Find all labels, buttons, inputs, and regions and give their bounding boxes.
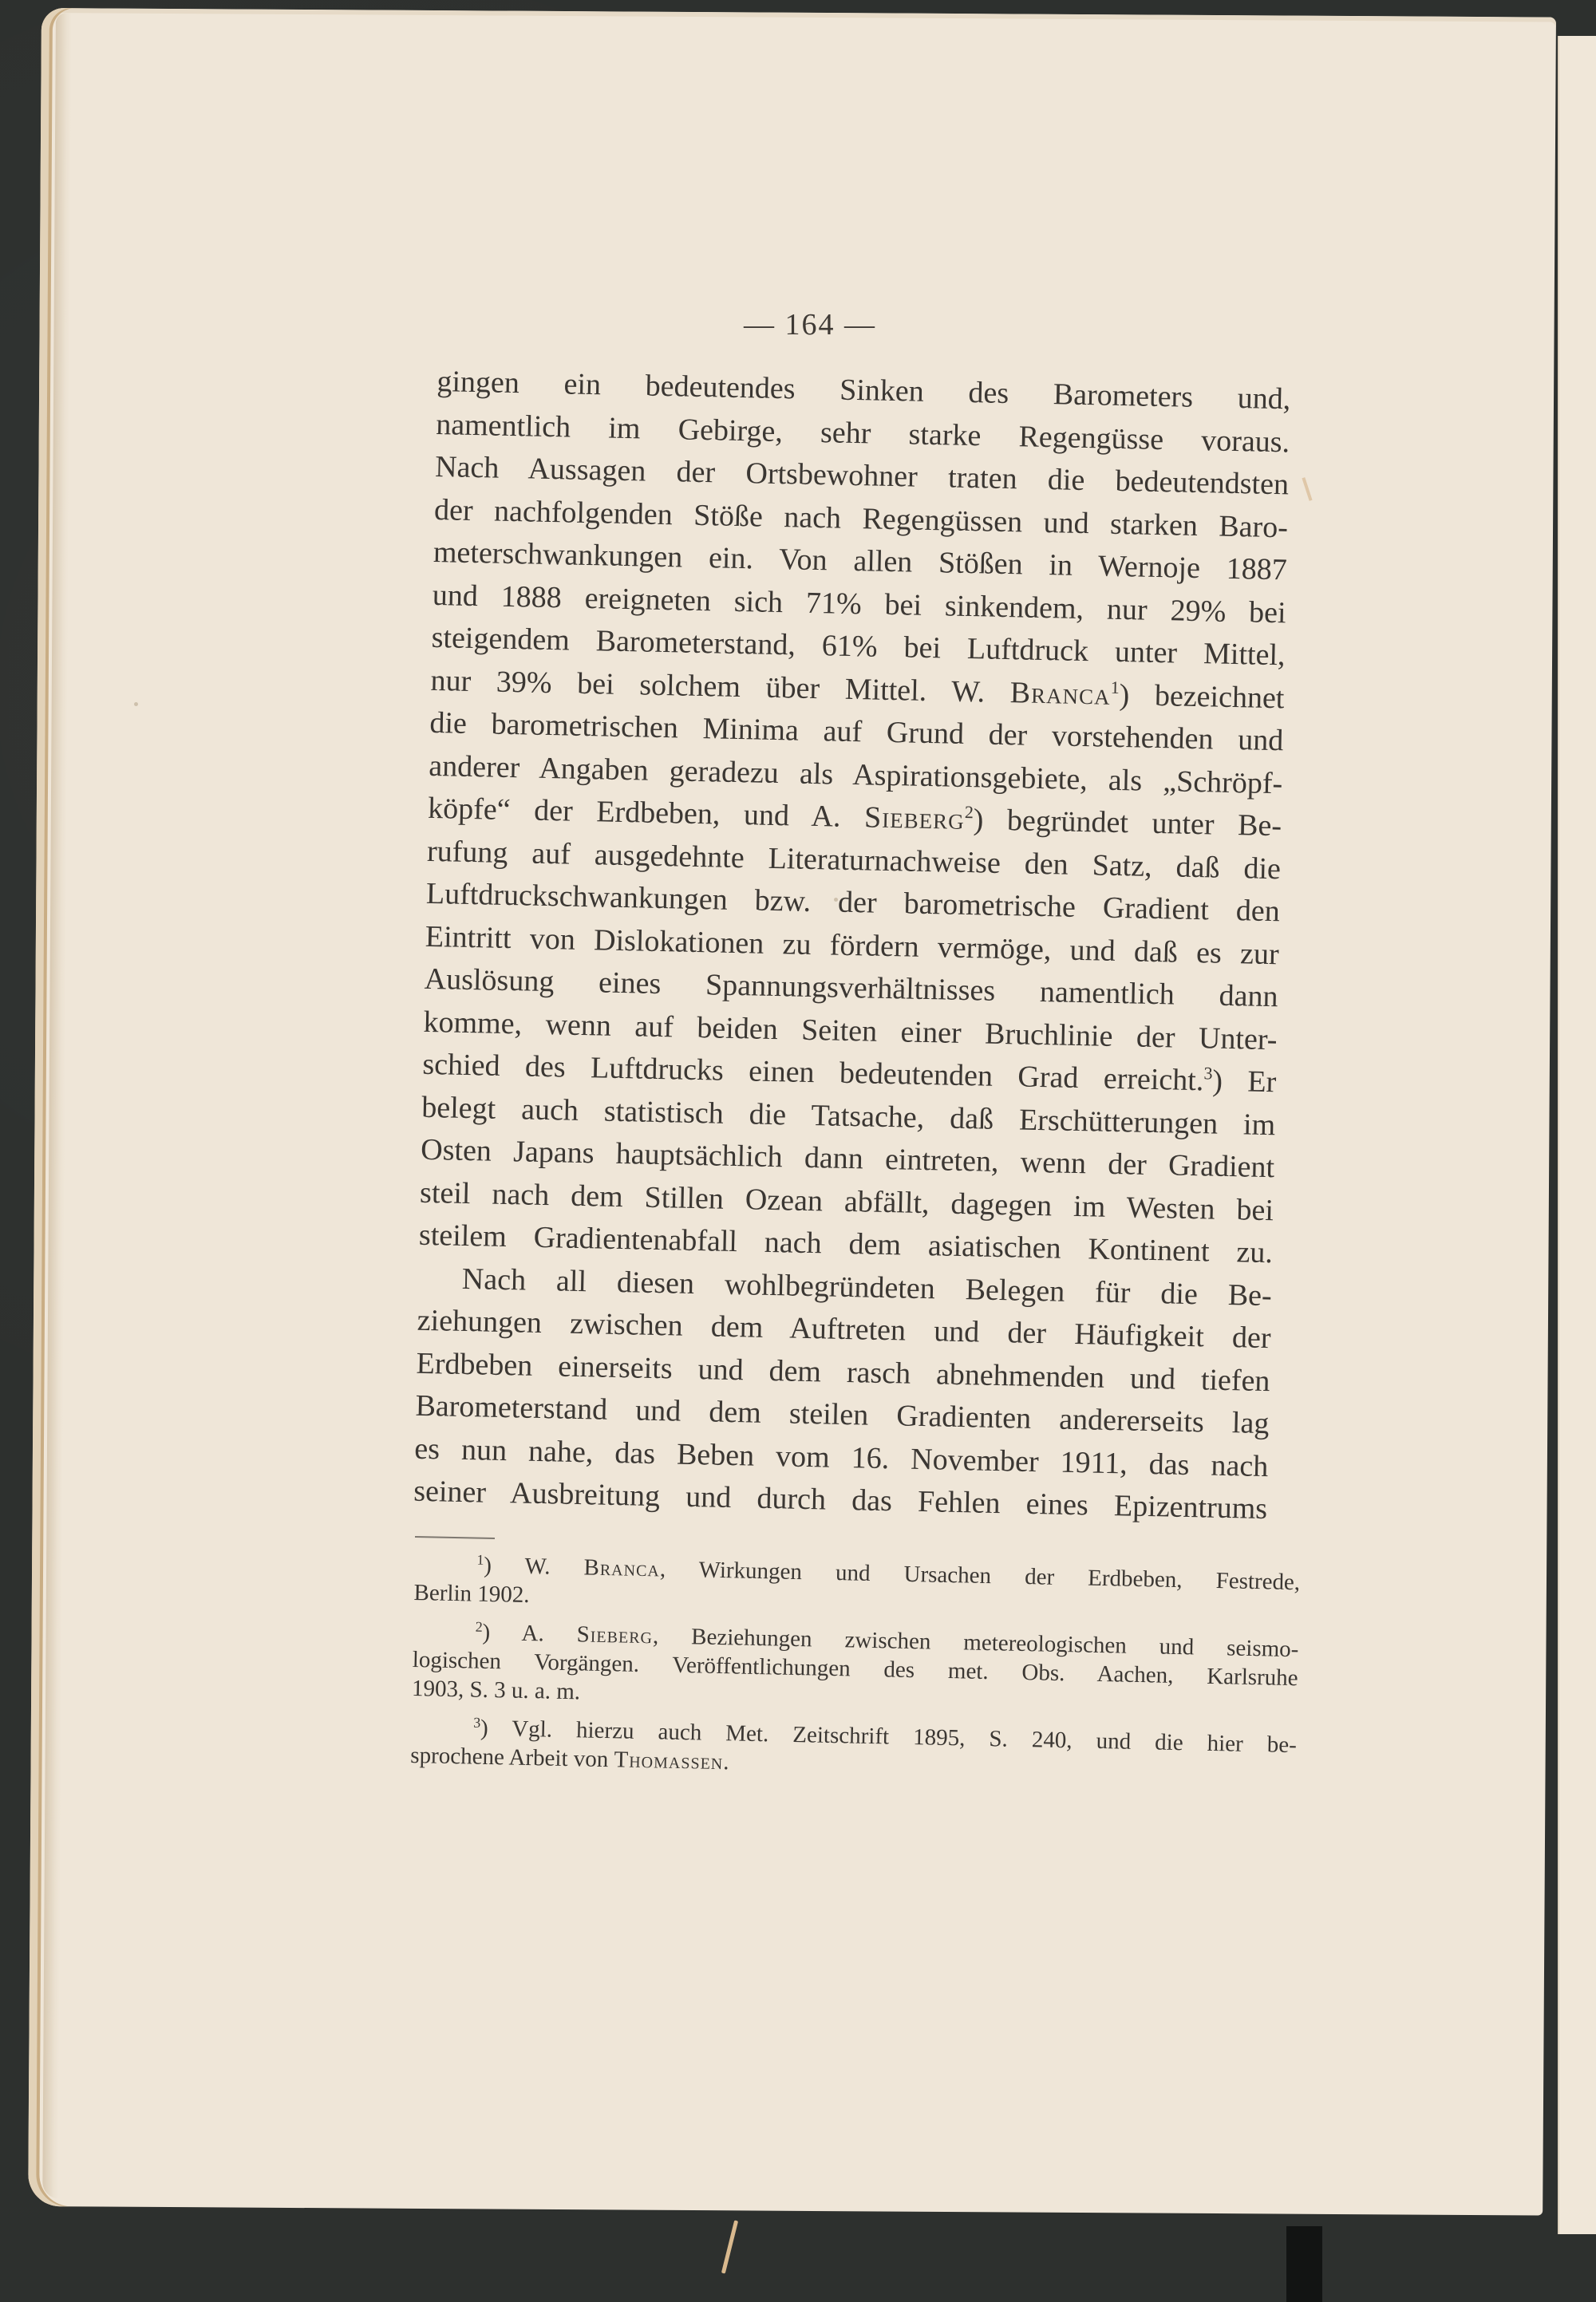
facing-page-edge	[1558, 36, 1596, 2234]
footnote-marker: 3	[473, 1715, 480, 1731]
footnote-reference[interactable]: 2	[965, 802, 974, 822]
footnote-reference[interactable]: 1	[1111, 677, 1120, 697]
footnote-reference[interactable]: 3	[1203, 1063, 1213, 1083]
author-name: Sieberg	[864, 800, 965, 836]
author-name: Branca	[1009, 676, 1111, 712]
author-name: Sieberg	[576, 1621, 653, 1649]
footnotes: 1) W. Branca, Wirkungen und Ursachen der…	[410, 1540, 1301, 1788]
footnote-marker: 1	[476, 1552, 484, 1568]
spine-shadow	[1286, 2226, 1322, 2302]
paper-speck	[134, 702, 138, 706]
page-number: — 164 —	[0, 307, 1596, 342]
footnote-marker: 2	[476, 1619, 483, 1635]
body-text: gingen ein bedeutendes Sinken des Barome…	[413, 361, 1291, 1531]
author-name: Branca	[583, 1554, 660, 1581]
author-name: Thomassen	[614, 1747, 723, 1775]
